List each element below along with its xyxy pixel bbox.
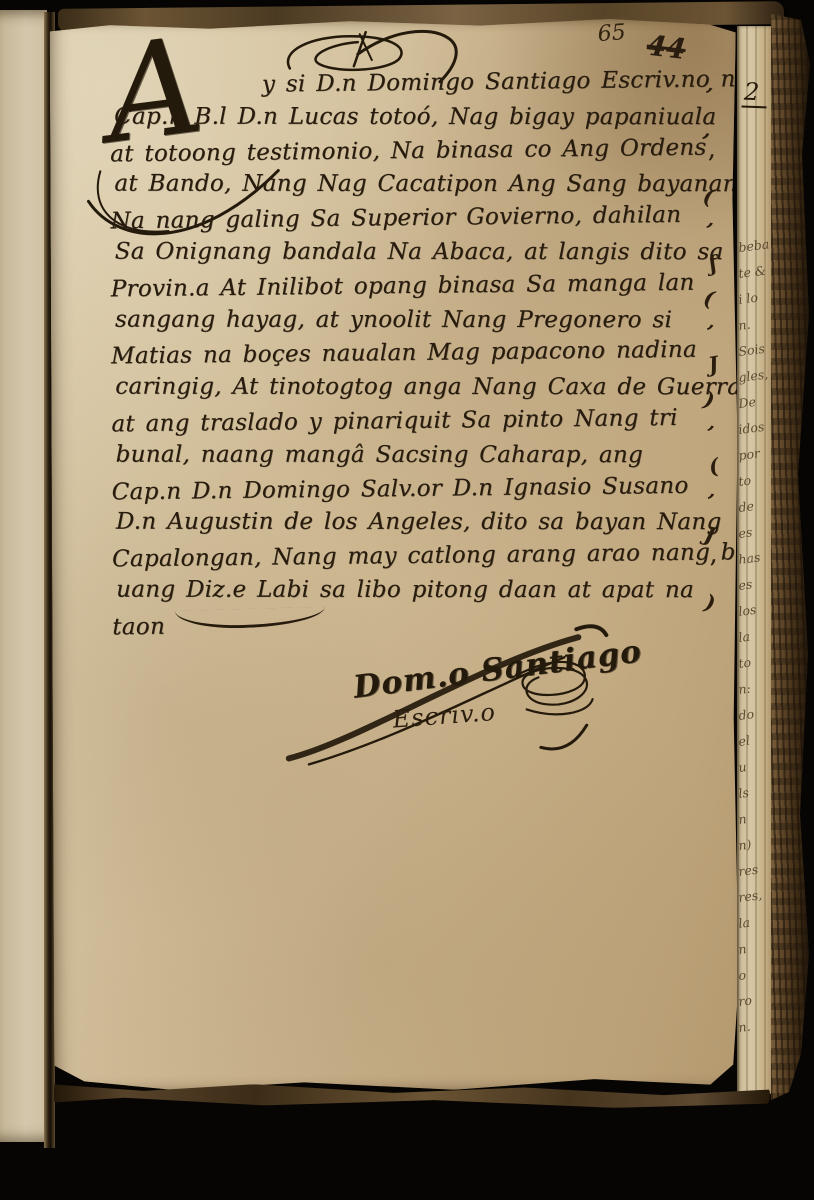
- manuscript-line: at Bando, Nang Nag Cacatipon Ang Sang ba…: [114, 171, 722, 205]
- pen-flourish-mark: (: [689, 181, 726, 221]
- pen-flourish-mark: ʃ: [696, 248, 732, 287]
- old-folio-number-crossed-out: 44: [645, 29, 688, 66]
- next-leaf-edge: 2 bebate &i lon.Soisgles,Deidosportodees…: [737, 26, 773, 1094]
- margin-pen-marks: ’,’(’ʃ(’J)’(’J’): [692, 83, 724, 624]
- manuscript-line: uang Diz.e Labi sa libo pitong daan at a…: [116, 577, 724, 611]
- manuscript-line: at totoong testimonio, Na binasa co Ang …: [110, 134, 718, 175]
- manuscript-line: bunal, naang mangâ Sacsing Caharap, ang: [116, 441, 724, 475]
- book-fore-edge: [771, 14, 810, 1100]
- pen-flourish-mark: (: [689, 282, 726, 322]
- folio-number: 65: [597, 20, 627, 47]
- pen-flourish-mark: ): [690, 384, 727, 424]
- manuscript-line: Sa Onignang bandala Na Abaca, at langis …: [115, 239, 723, 273]
- pen-flourish-mark: ’: [688, 80, 725, 120]
- manuscript-line: Cap.n D.n Domingo Salv.or D.n Ignasio Su…: [112, 472, 720, 513]
- manuscript-line: Cap.n B.l D.n Lucas totoó, Nag bigay pap…: [114, 103, 722, 137]
- manuscript-line: Na nang galing Sa Superior Govierno, dah…: [110, 202, 718, 243]
- manuscript-line: D.n Augustin de los Angeles, dito sa bay…: [116, 509, 724, 543]
- bleed-through-text-fragment: n.: [738, 1016, 773, 1046]
- pen-flourish-mark: J: [696, 350, 732, 389]
- pen-flourish-mark: ’: [690, 485, 727, 525]
- manuscript-line: at ang traslado y pinariquit Sa pinto Na…: [111, 404, 719, 445]
- manuscript-text: y si D.n Domingo Santiago Escriv.no nang…: [110, 69, 721, 646]
- pen-flourish-mark: ’: [695, 147, 731, 186]
- pen-flourish-mark: (: [697, 451, 733, 490]
- manuscript-photo: 65 44 A y si D.n Domingo Santiago Escriv…: [0, 0, 814, 1200]
- facing-blank-page: [0, 10, 47, 1142]
- manuscript-line: caringig, At tinotogtog anga Nang Caxa d…: [115, 374, 723, 408]
- manuscript-page: 65 44 A y si D.n Domingo Santiago Escriv…: [50, 19, 741, 1094]
- next-leaf-number: 2: [741, 78, 767, 109]
- manuscript-line: Provin.a At Inilibot opang binasa Sa man…: [111, 269, 719, 310]
- pen-flourish-mark: ’: [697, 552, 733, 591]
- pen-flourish-mark: ): [691, 587, 728, 627]
- manuscript-line: y si D.n Domingo Santiago Escriv.no nang: [110, 66, 718, 107]
- manuscript-line: Matias na boçes naualan Mag papacono nad…: [111, 337, 719, 378]
- manuscript-line: Capalongan, Nang may catlong arang arao …: [112, 540, 720, 581]
- manuscript-line: sangang hayag, at ynoolit Nang Pregonero…: [115, 306, 723, 340]
- bleed-through-text: bebate &i lon.Soisgles,Deidosportodeesha…: [739, 238, 771, 1044]
